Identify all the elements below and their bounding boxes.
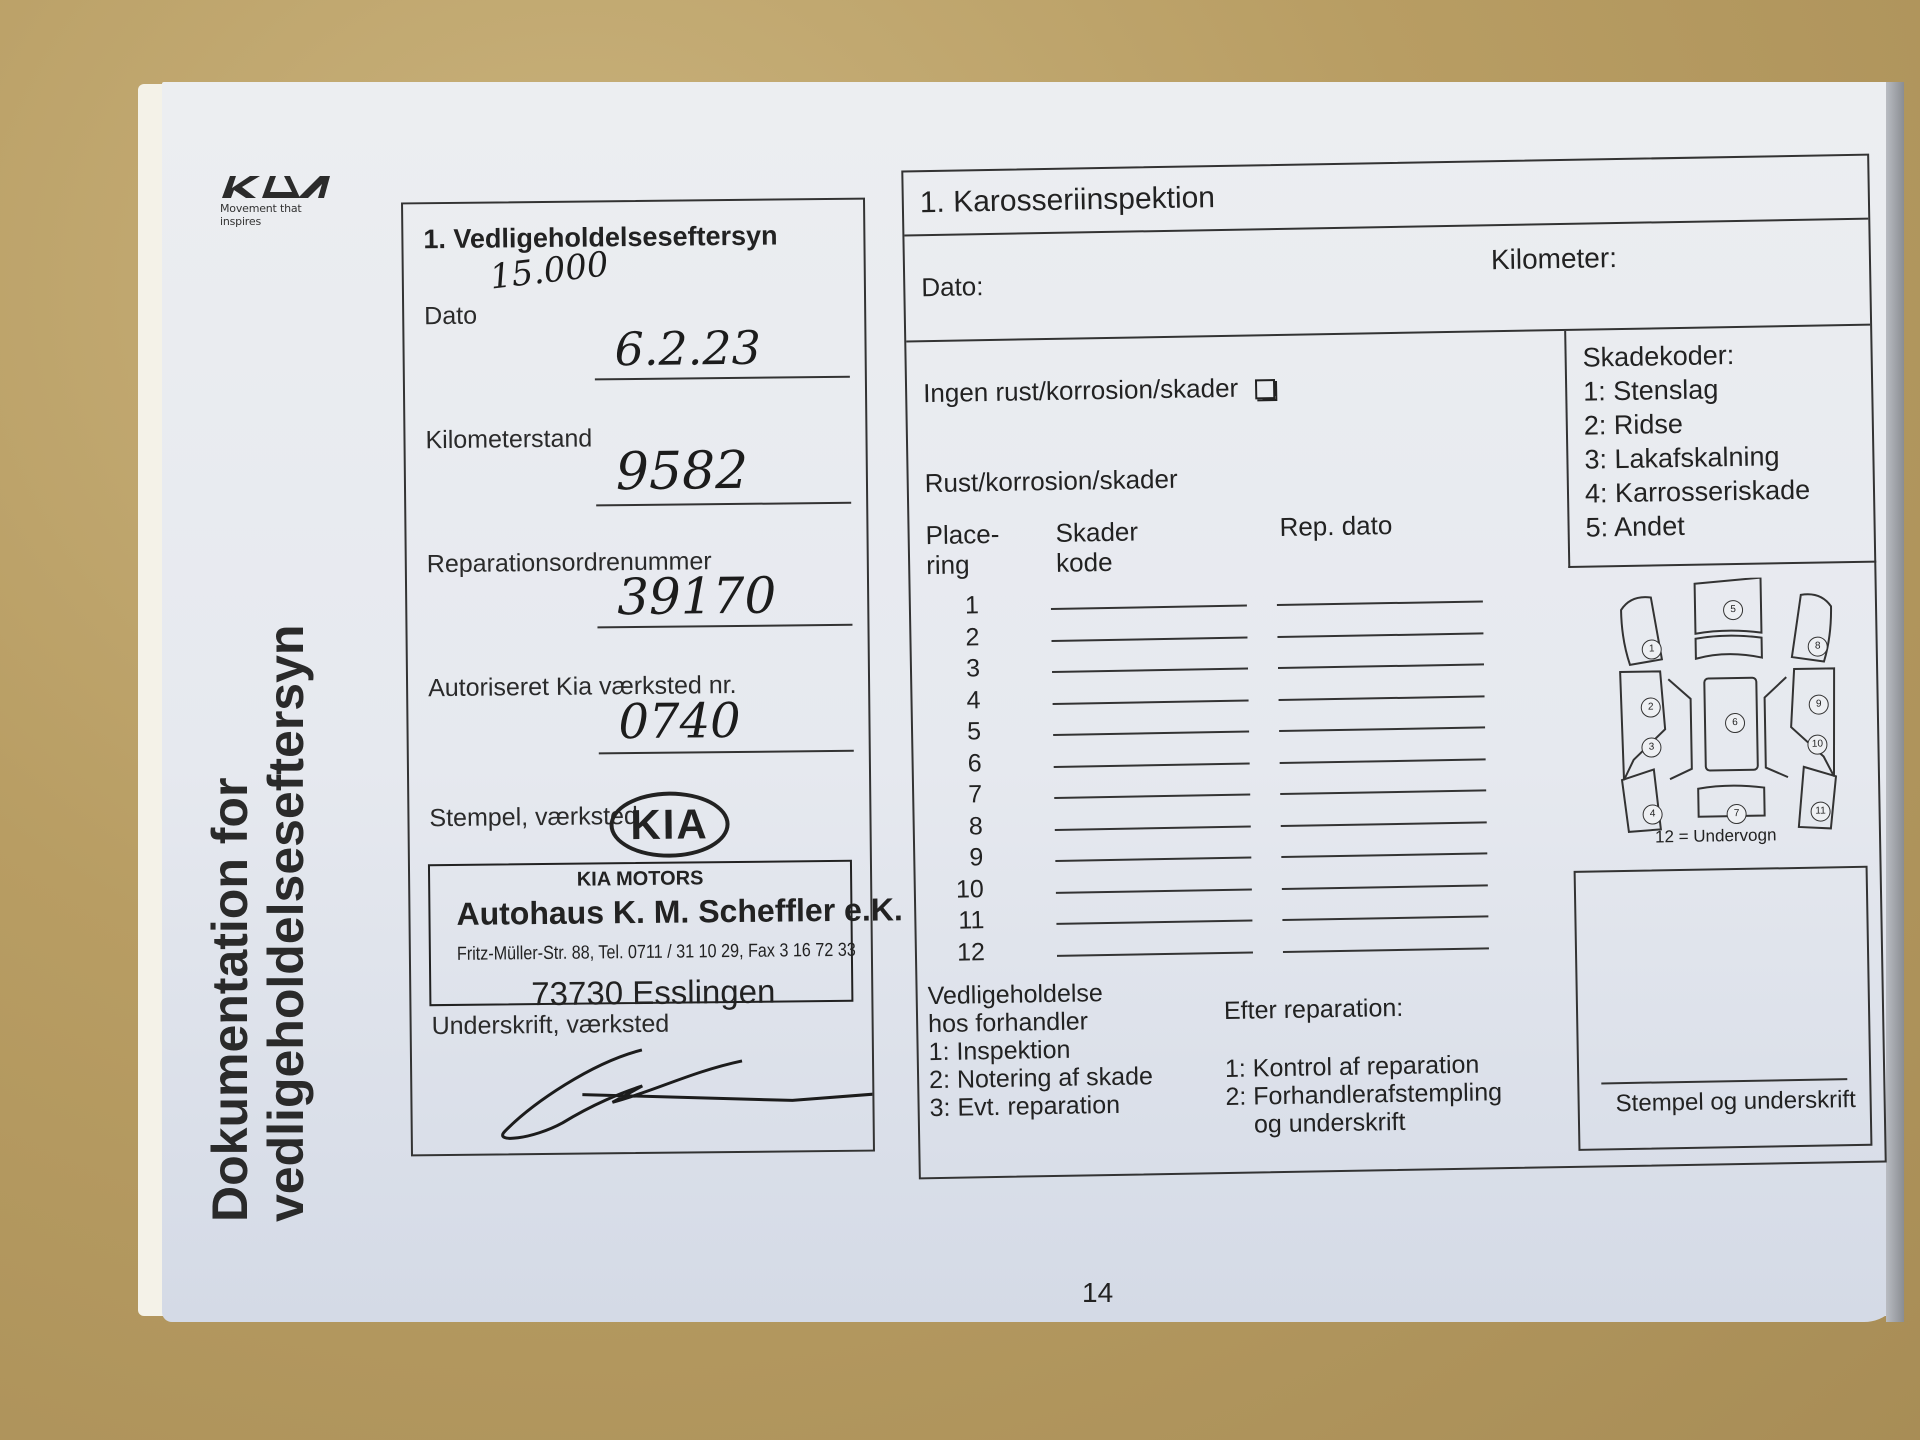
kia-logo: Movement that inspires: [220, 170, 340, 228]
row-number: 8: [934, 812, 982, 842]
date-value[interactable]: 6.2.23: [614, 321, 761, 377]
page-number: 14: [1082, 1277, 1113, 1309]
row-number: 9: [935, 843, 983, 873]
mileage-underline: [596, 502, 851, 507]
stamp-brand: KIA MOTORS: [430, 866, 850, 893]
rep-date-input[interactable]: [1278, 663, 1484, 669]
damage-code-header: Skader kode: [1055, 516, 1138, 577]
kia-logo-icon: [220, 170, 332, 200]
date-label: Dato: [424, 302, 477, 332]
rep-date-input[interactable]: [1281, 852, 1487, 858]
no-rust-text: Ingen rust/korrosion/skader: [923, 373, 1239, 408]
rep-date-header: Rep. dato: [1279, 510, 1392, 543]
damage-code-5: 5: Andet: [1585, 511, 1685, 544]
section-title-line1: Dokumentation for: [202, 625, 258, 1222]
rep-date-input[interactable]: [1277, 600, 1483, 606]
row-number: 11: [936, 906, 984, 936]
row-number: 1: [931, 591, 979, 621]
damage-code-input[interactable]: [1051, 636, 1247, 641]
workshop-signature: [492, 1040, 873, 1144]
rep-date-input[interactable]: [1277, 632, 1483, 638]
mileage-label: Kilometerstand: [425, 424, 592, 455]
workshop-number-value[interactable]: 0740: [618, 693, 741, 750]
damage-codes-box: Skadekoder: 1: Stenslag 2: Ridse 3: Laka…: [1564, 326, 1876, 568]
damage-code-header-l1: Skader: [1055, 516, 1138, 547]
rep-date-input[interactable]: [1282, 884, 1488, 890]
after-repair-l3: og underskrift: [1226, 1106, 1503, 1139]
service-booklet-page: Movement that inspires Dokumentation for…: [162, 82, 1904, 1322]
damage-code-input[interactable]: [1056, 888, 1252, 893]
repair-order-value[interactable]: 39170: [617, 567, 777, 627]
booklet-spine: [1886, 82, 1904, 1322]
dealer-maintenance-l1: Vedligeholdelse: [927, 978, 1151, 1010]
damage-code-1: 1: Stenslag: [1583, 374, 1719, 407]
body-inspection-title: 1. Karosseriinspektion: [920, 181, 1216, 220]
signature-label: Underskrift, værksted: [431, 1010, 669, 1041]
rep-date-input[interactable]: [1280, 758, 1486, 764]
stamp-dealer-name: Autohaus K. M. Scheffler e.K.: [456, 891, 903, 933]
dealer-maintenance-l4: 2: Notering af skade: [929, 1062, 1153, 1094]
rep-date-input[interactable]: [1282, 915, 1488, 921]
damage-rows: 123456789101112: [903, 156, 1867, 173]
damage-code-input[interactable]: [1055, 857, 1251, 862]
signature-line: [1601, 1078, 1847, 1084]
diagram-caption: 12 = Undervogn: [1655, 825, 1777, 847]
damage-code-input[interactable]: [1053, 699, 1249, 704]
brand-tagline: Movement that inspires: [220, 202, 340, 228]
damage-code-input[interactable]: [1055, 825, 1251, 830]
stamp-label: Stempel, værksted: [429, 802, 638, 833]
title-divider: [904, 218, 1868, 237]
stamp-address: Fritz-Müller-Str. 88, Tel. 0711 / 31 10 …: [457, 940, 856, 966]
row-number: 7: [934, 780, 982, 810]
no-rust-checkbox[interactable]: [1255, 379, 1275, 399]
rust-label: Rust/korrosion/skader: [924, 464, 1177, 499]
placement-header-l1: Place-: [925, 519, 999, 550]
rep-date-input[interactable]: [1279, 726, 1485, 732]
row-number: 12: [937, 938, 985, 968]
after-repair-legend: 1: Kontrol af reparation 2: Forhandleraf…: [1225, 1050, 1503, 1139]
damage-code-header-l2: kode: [1056, 546, 1139, 577]
damage-code-4: 4: Karrosseriskade: [1585, 475, 1811, 510]
date-underline: [595, 376, 850, 381]
damage-code-input[interactable]: [1052, 668, 1248, 673]
row-number: 2: [931, 623, 979, 653]
workshop-number-underline: [599, 750, 854, 755]
dealer-maintenance-l2: hos forhandler: [928, 1006, 1152, 1038]
dealer-maintenance-l5: 3: Evt. reparation: [929, 1090, 1153, 1122]
stamp-signature-box[interactable]: Stempel og underskrift: [1574, 866, 1873, 1151]
body-inspection-form: 1. Karosseriinspektion Dato: Kilometer: …: [901, 154, 1886, 1180]
car-damage-diagram: 1234567891011 12 = Undervogn: [1611, 576, 1846, 850]
damage-code-input[interactable]: [1057, 951, 1253, 956]
no-rust-label: Ingen rust/korrosion/skader: [923, 372, 1276, 409]
row-number: 4: [932, 686, 980, 716]
damage-code-input[interactable]: [1051, 605, 1247, 610]
row-number: 3: [932, 654, 980, 684]
damage-code-input[interactable]: [1053, 731, 1249, 736]
damage-code-3: 3: Lakafskalning: [1584, 441, 1780, 475]
row-number: 6: [933, 749, 981, 779]
mileage-value[interactable]: 9582: [616, 441, 749, 502]
stamp-city: 73730 Esslingen: [531, 973, 775, 1014]
dealer-stamp: KIA MOTORS Autohaus K. M. Scheffler e.K.…: [428, 860, 853, 1006]
damage-code-2: 2: Ridse: [1584, 409, 1684, 442]
damage-code-input[interactable]: [1054, 762, 1250, 767]
damage-code-input[interactable]: [1054, 794, 1250, 799]
dealer-maintenance-l3: 1: Inspektion: [928, 1034, 1152, 1066]
damage-codes-title: Skadekoder:: [1582, 340, 1734, 374]
rep-date-input[interactable]: [1280, 789, 1486, 795]
rep-date-input[interactable]: [1279, 695, 1485, 701]
inspection-km-label: Kilometer:: [1491, 242, 1618, 276]
damage-code-input[interactable]: [1056, 920, 1252, 925]
stamp-signature-label: Stempel og underskrift: [1615, 1086, 1856, 1118]
kia-oval-stamp: KIA: [609, 791, 730, 858]
section-title-line2: vedligeholdelseseftersyn: [258, 625, 314, 1222]
after-repair-title: Efter reparation:: [1224, 994, 1404, 1026]
section-title: Dokumentation for vedligeholdelsesefters…: [202, 625, 314, 1222]
placement-header-l2: ring: [926, 549, 1000, 580]
placement-header: Place- ring: [925, 519, 1000, 580]
inspection-date-label: Dato:: [921, 271, 984, 303]
maintenance-form: 1. Vedligeholdelseseftersyn 15.000 Dato …: [401, 198, 875, 1157]
rep-date-input[interactable]: [1281, 821, 1487, 827]
row-number: 5: [933, 717, 981, 747]
row-number: 10: [936, 875, 984, 905]
dealer-maintenance-legend: Vedligeholdelse hos forhandler 1: Inspek…: [927, 978, 1153, 1122]
rep-date-input[interactable]: [1283, 947, 1489, 953]
after-repair-l2: 2: Forhandlerafstempling: [1225, 1078, 1502, 1111]
